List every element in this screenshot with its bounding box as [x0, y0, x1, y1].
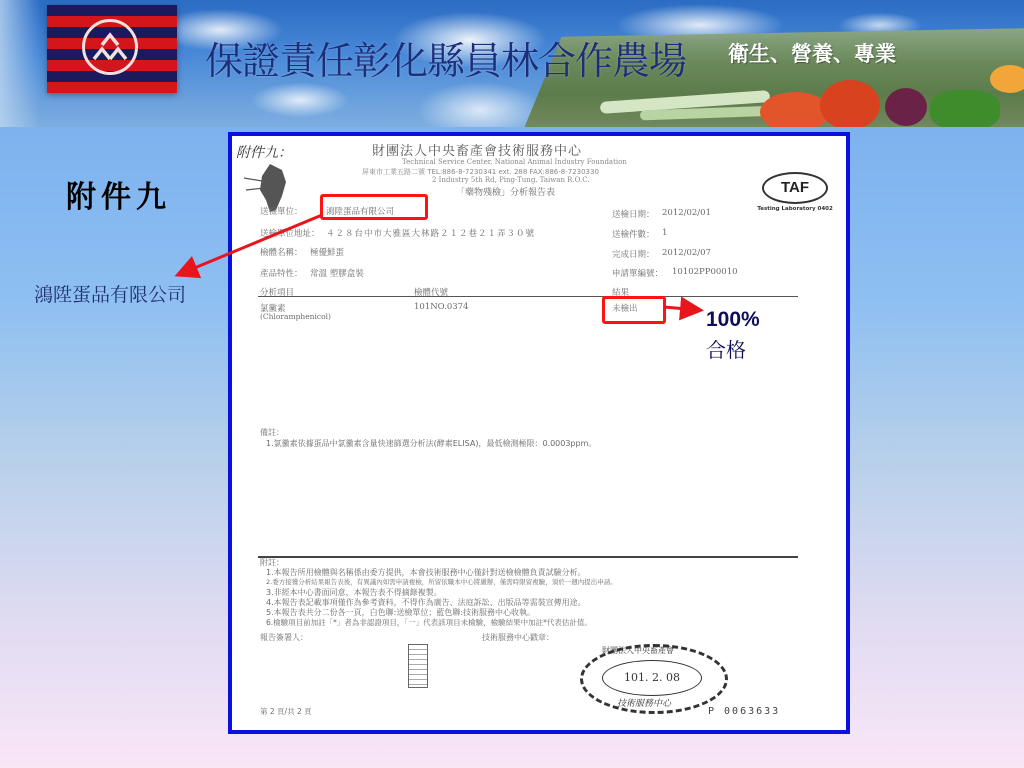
company-name-callout: 鴻陞蛋品有限公司	[34, 281, 199, 309]
received-date-label: 送檢日期：	[612, 208, 655, 220]
completed-date-value: 2012/02/07	[662, 248, 711, 258]
sample-count-value: 1	[662, 228, 667, 238]
product-label: 產品特性：	[260, 267, 303, 279]
analysis-item-english: (Chloramphenicol)	[260, 312, 331, 321]
test-report-scan: 附件九： 財團法人中央畜產會技術服務中心 Technical Service C…	[228, 132, 850, 734]
seal-date: 101. 2. 08	[602, 660, 702, 696]
remark-line: 1.氯黴素依據蛋品中氯黴素含量快速篩選分析法(酵素ELISA)，最低檢測極限：0…	[266, 438, 596, 449]
eggplant-image	[885, 88, 927, 126]
tomato-image	[820, 80, 880, 127]
serial-number: P 0063633	[708, 706, 780, 717]
organization-name: 財團法人中央畜產會技術服務中心	[372, 140, 582, 159]
appendix-title: 附件九	[66, 172, 171, 216]
pass-rate-percent: 100%	[706, 305, 760, 335]
organization-address-english: 2 Industry 5th Rd, Ping-Tung, Taiwan R.O…	[432, 176, 590, 184]
footnotes-rule	[258, 556, 798, 558]
pumpkin-image	[990, 65, 1024, 93]
taf-accreditation-logo: TAF	[762, 172, 828, 204]
remarks-label: 備註：	[260, 427, 284, 438]
pass-rate-callout: 100% 合格	[706, 305, 760, 365]
handwritten-label: 附件九：	[236, 142, 292, 162]
report-signer-label: 報告簽署人：	[260, 632, 308, 643]
organization-english: Technical Service Center, National Anima…	[402, 158, 627, 166]
header-banner: 保證責任彰化縣員林合作農場 衛生、營養、專業	[0, 0, 1024, 127]
sample-code: 101NO.0374	[414, 302, 468, 312]
client-address-value: ４２８台中市大雅區大林路２１２巷２１弄３０號	[326, 227, 535, 239]
client-address-label: 送檢單位地址：	[260, 227, 320, 239]
banner-title: 保證責任彰化縣員林合作農場	[205, 30, 686, 85]
center-stamp-label: 技術服務中心戳章：	[482, 632, 554, 643]
request-number-value: 10102PP00010	[672, 267, 738, 277]
report-title: 「藥物殘檢」分析報告表	[456, 185, 555, 198]
taf-caption: Testing Laboratory 0402	[752, 206, 838, 212]
completed-date-label: 完成日期：	[612, 248, 655, 260]
table-header-rule	[258, 296, 798, 297]
page-indicator: 第 2 頁/共 2 頁	[260, 706, 312, 717]
client-label: 送檢單位：	[260, 205, 303, 217]
product-value: 常溫 塑膠盒裝	[310, 267, 364, 279]
sample-count-label: 送檢件數：	[612, 228, 655, 240]
footnote-line: 2.委方接獲分析結果報告表後，有異議內如需申請複檢，所留依職本中心將嚴辦，僅需時…	[266, 577, 617, 586]
banner-slogan: 衛生、營養、專業	[728, 38, 896, 68]
sample-label: 檢體名稱：	[260, 246, 303, 258]
mountain-peaks-icon	[90, 27, 130, 67]
signer-stamp	[408, 644, 428, 688]
sample-value: 極優鮮蛋	[310, 246, 344, 258]
result-highlight-box	[602, 296, 666, 324]
pass-rate-label: 合格	[706, 335, 760, 365]
farm-logo	[47, 5, 177, 93]
pepper-image	[930, 90, 1000, 127]
client-highlight-box	[320, 194, 428, 220]
footnote-line: 6.檢驗項目前加註「*」者為非認證項目，「一」代表該項目未檢驗，檢驗結果中加註*…	[266, 617, 592, 628]
seal-org-text: 財團法人中央畜產會	[602, 645, 674, 656]
request-number-label: 申請單編號：	[612, 267, 663, 279]
received-date-value: 2012/02/01	[662, 208, 711, 218]
seal-center-text: 技術服務中心	[617, 696, 671, 709]
